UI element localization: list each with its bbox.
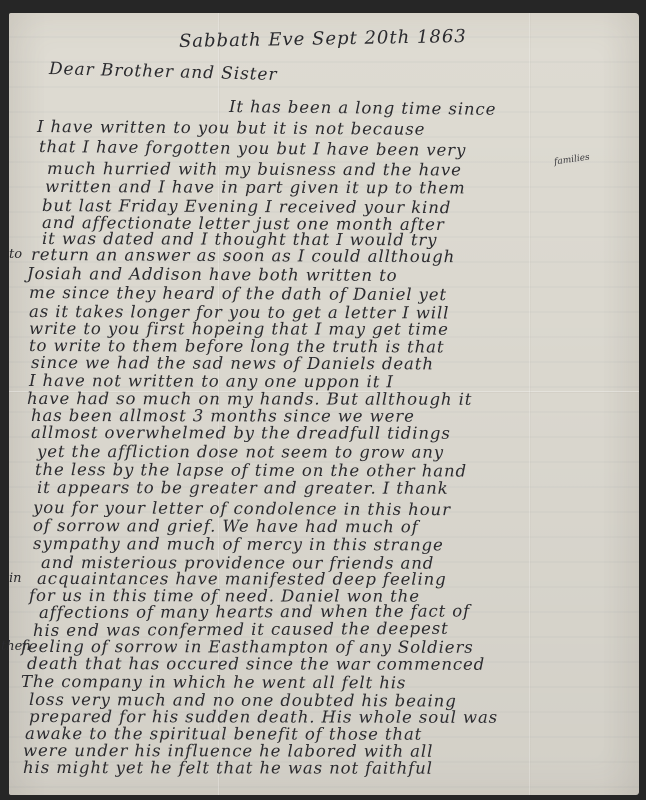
letter-line: I have written to you but it is not beca… — [37, 117, 425, 139]
letter-line: it appears to be greater and greater. I … — [37, 478, 449, 498]
letter-line: return an answer as soon as I could allt… — [31, 245, 455, 266]
margin-note-to: to — [9, 247, 22, 262]
letter-line: death that has occured since the war com… — [27, 654, 485, 674]
letter-line: allmost overwhelmed by the dreadfull tid… — [31, 423, 451, 443]
letter-line: written and I have in part given it up t… — [45, 177, 466, 197]
letter-line: Josiah and Addison have both written to — [27, 264, 398, 285]
letter-dateline: Sabbath Eve Sept 20th 1863 — [179, 26, 467, 52]
letter-page: Sabbath Eve Sept 20th 1863 Dear Brother … — [9, 13, 639, 795]
letter-line: me since they heard of the dath of Danie… — [29, 283, 447, 304]
letter-line: It has been a long time since — [229, 97, 496, 119]
letter-line: that I have forgotten you but I have bee… — [39, 137, 466, 160]
margin-note-in: in — [9, 571, 22, 586]
letter-line: yet the affliction dose not seem to grow… — [37, 442, 444, 462]
letter-line: sympathy and much of mercy in this stran… — [33, 534, 444, 554]
letter-salutation: Dear Brother and Sister — [49, 59, 278, 85]
letter-line: his might yet he felt that he was not fa… — [23, 758, 433, 778]
interlinear-insertion: families — [553, 153, 590, 168]
paper-fold-vertical-right — [529, 13, 531, 795]
